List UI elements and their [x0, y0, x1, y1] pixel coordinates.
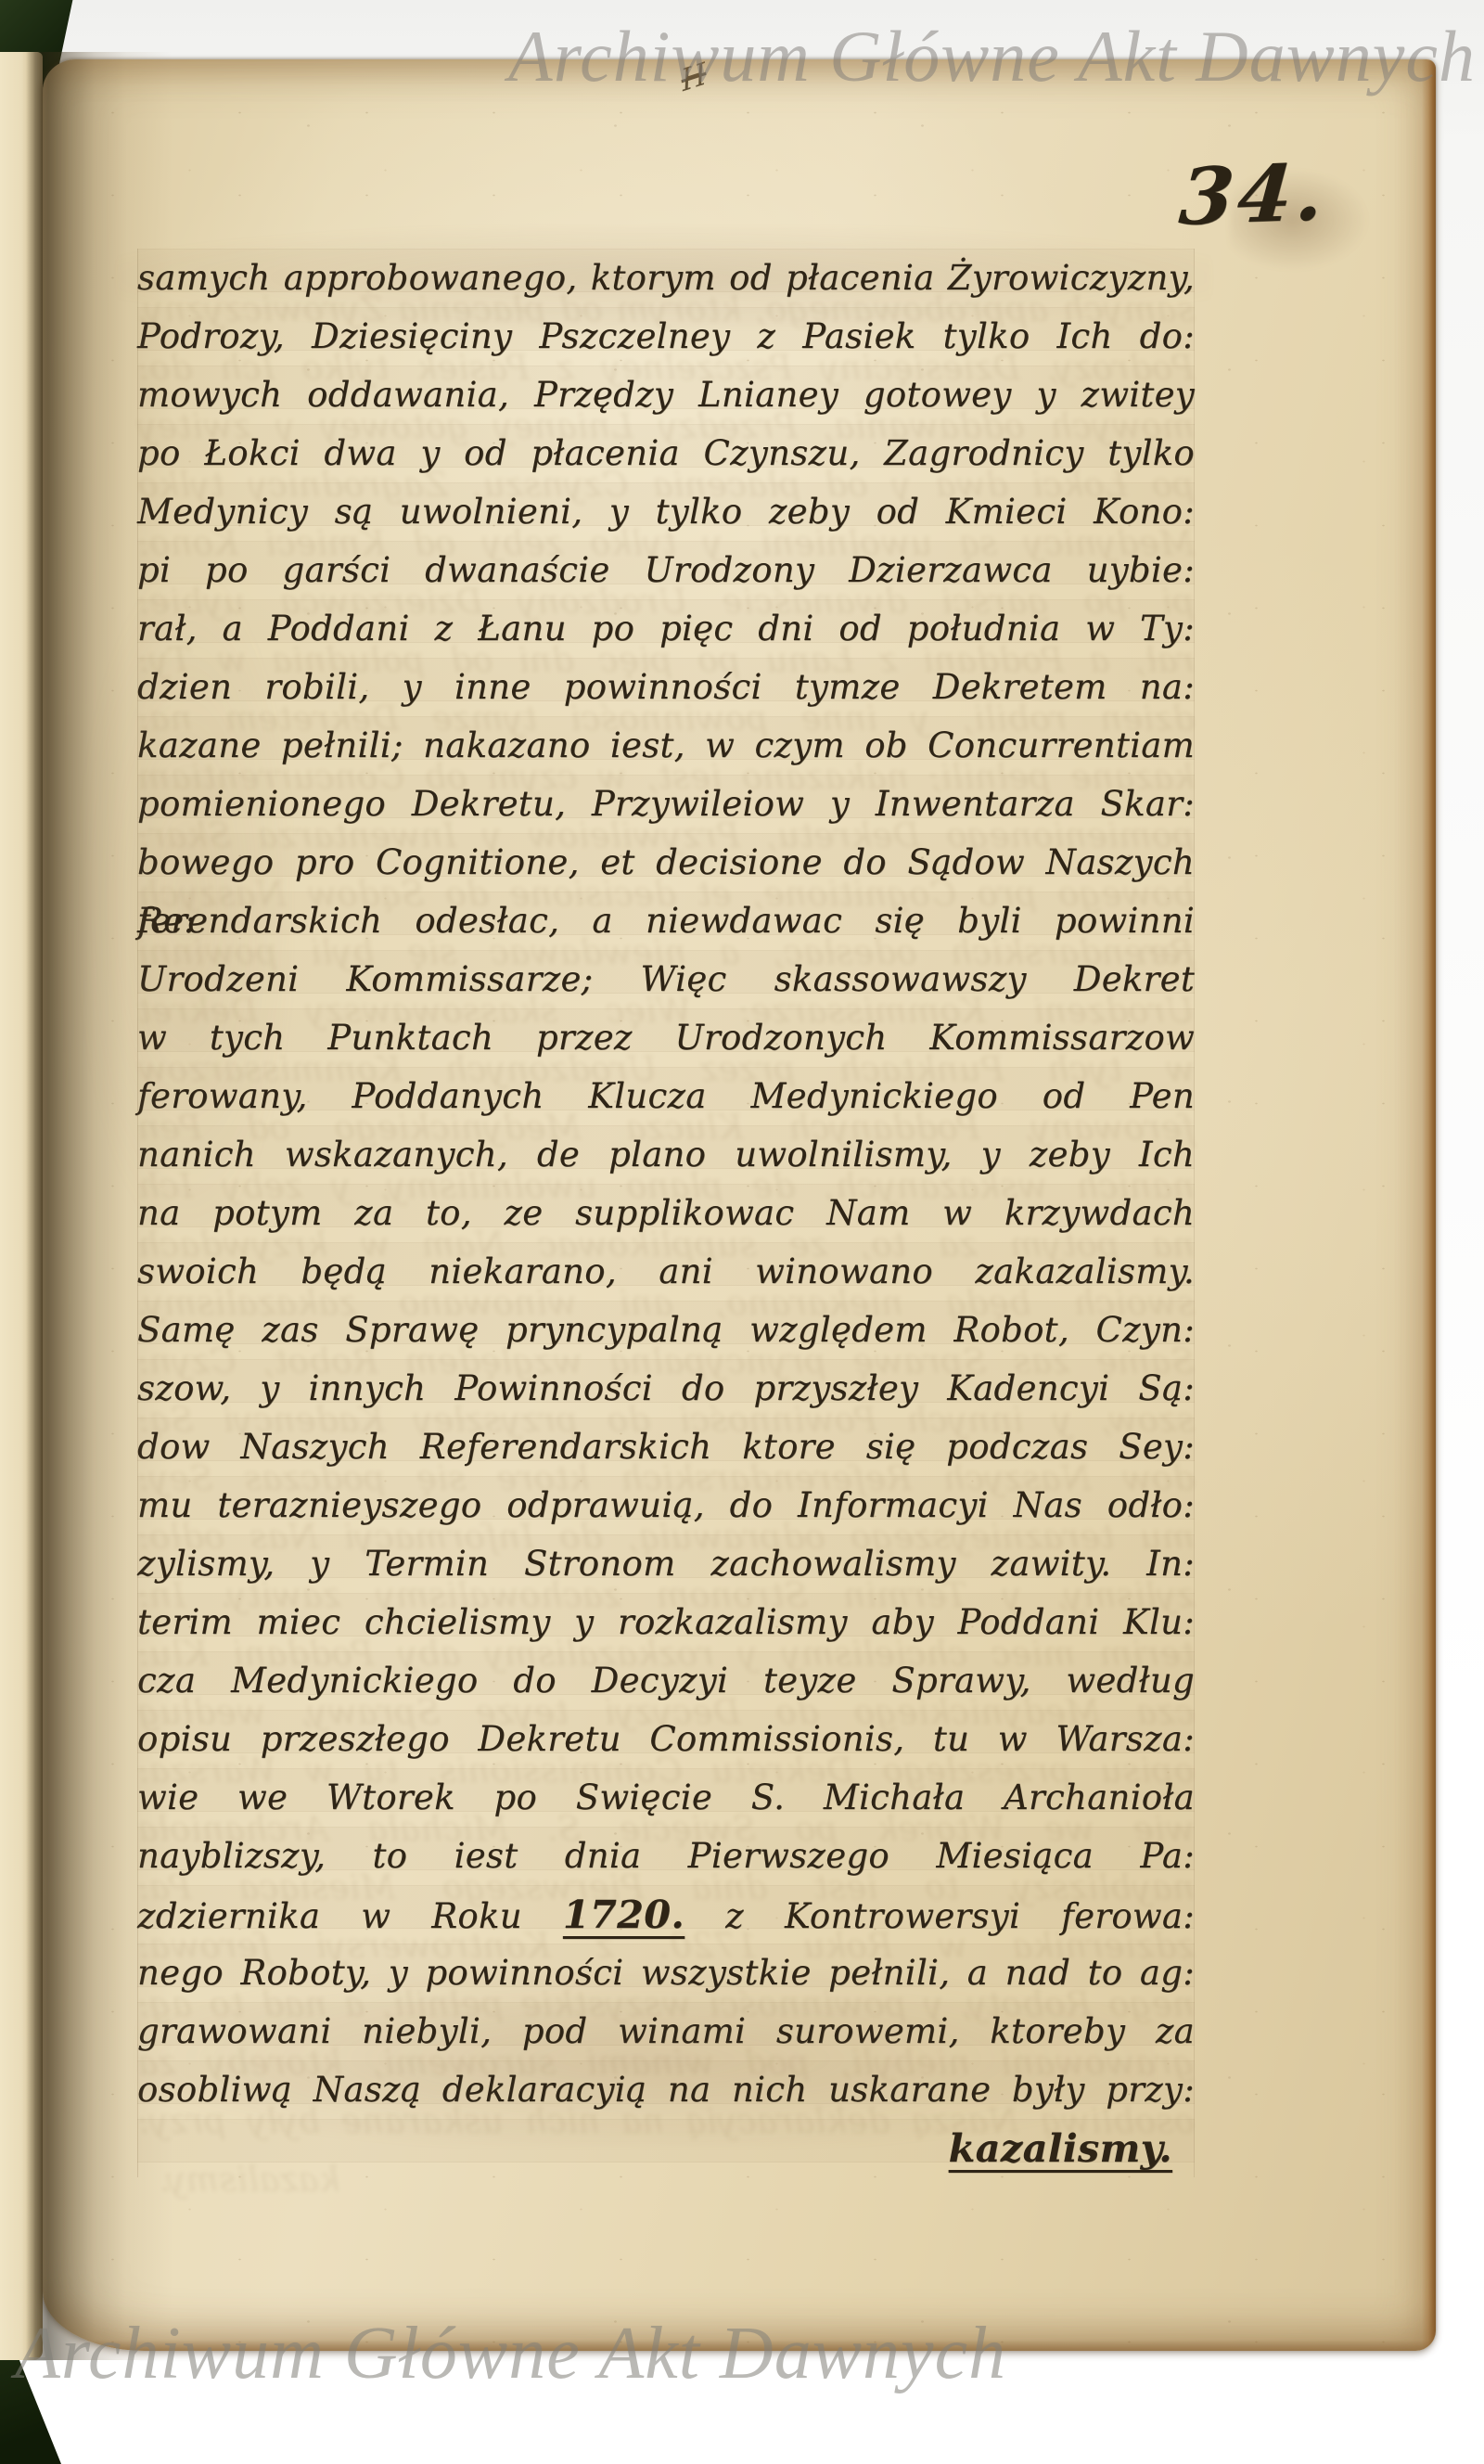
page-bottom-edge — [43, 2340, 1436, 2351]
manuscript-line: mu teraznieyszego odprawuią, do Informac… — [137, 1476, 1195, 1534]
folio-mark: H — [679, 59, 709, 98]
manuscript-line: nanich wskazanych, de plano uwolnilismy,… — [137, 1125, 1195, 1184]
manuscript-line: swoich będą niekarano, ani winowano zaka… — [137, 1242, 1195, 1301]
manuscript-line: osobliwą Naszą deklaracyią na nich uskar… — [137, 2060, 1195, 2119]
manuscript-line: pomienionego Dekretu, Przywileiow y Inwe… — [137, 775, 1195, 833]
underlined-text: 1720. — [563, 1892, 684, 1937]
facing-page-edge — [0, 52, 43, 2360]
manuscript-line: nego Roboty, y powinności wszystkie pełn… — [137, 1944, 1195, 2002]
manuscript-line: nayblizszy, to iest dnia Pierwszego Mies… — [137, 1827, 1195, 1885]
page-number: 34. — [1176, 146, 1330, 242]
manuscript-line: Samę zas Sprawę pryncypalną względem Rob… — [137, 1301, 1195, 1359]
manuscript-line: rał, a Poddani z Łanu po pięc dni od poł… — [137, 599, 1195, 658]
book-cover-corner-bottom-left — [0, 2355, 61, 2464]
manuscript-line: zylismy, y Termin Stronom zachowalismy z… — [137, 1534, 1195, 1593]
manuscript-line: Urodzeni Kommissarze; Więc skassowawszy … — [137, 950, 1195, 1008]
manuscript-line: terim miec chcielismy y rozkazalismy aby… — [137, 1593, 1195, 1651]
manuscript-line: na potym za to, ze supplikowac Nam w krz… — [137, 1184, 1195, 1242]
manuscript-line: w tych Punktach przez Urodzonych Kommiss… — [137, 1008, 1195, 1067]
manuscript-line: kazane pełnili; nakazano iest, w czym ob… — [137, 716, 1195, 775]
page-right-edge — [1422, 59, 1436, 2351]
manuscript-line: dzien robili, y inne powinności tymze De… — [137, 658, 1195, 716]
manuscript-line: cza Medynickiego do Decyzyi teyze Sprawy… — [137, 1651, 1195, 1710]
manuscript-line: samych approbowanego, ktorym od płacenia… — [137, 249, 1195, 307]
scanned-manuscript-page: samych approbowanego, ktorym od płacenia… — [0, 0, 1484, 2464]
manuscript-line: Podrozy, Dziesięciny Pszczelney z Pasiek… — [137, 307, 1195, 366]
manuscript-line: szow, y innych Powinności do przyszłey K… — [137, 1359, 1195, 1418]
manuscript-line: wie we Wtorek po Swięcie S. Michała Arch… — [137, 1768, 1195, 1827]
manuscript-line: opisu przeszłego Dekretu Commissionis, t… — [137, 1710, 1195, 1768]
manuscript-line: dow Naszych Referendarskich ktore się po… — [137, 1418, 1195, 1476]
underlined-text: kazalismy. — [949, 2125, 1172, 2171]
manuscript-line: Medynicy są uwolnieni, y tylko zeby od K… — [137, 482, 1195, 541]
manuscript-line: pi po garści dwanaście Urodzony Dzierzaw… — [137, 541, 1195, 599]
manuscript-line: zdziernika w Roku 1720. z Kontrowersyi f… — [137, 1885, 1195, 1944]
manuscript-line: ferowany, Poddanych Klucza Medynickiego … — [137, 1067, 1195, 1125]
manuscript-line: grawowani niebyli, pod winami surowemi, … — [137, 2002, 1195, 2060]
manuscript-line: kazalismy. — [137, 2119, 1195, 2177]
manuscript-text: samych approbowanego, ktorym od płacenia… — [137, 249, 1195, 2177]
manuscript-line: bowego pro Cognitione, et decisione do S… — [137, 833, 1195, 892]
manuscript-line: mowych oddawania, Przędzy Lnianey gotowe… — [137, 366, 1195, 424]
manuscript-line: po Łokci dwa y od płacenia Czynszu, Zagr… — [137, 424, 1195, 482]
manuscript-line: ferendarskich odesłac, a niewdawac się b… — [137, 892, 1195, 950]
manuscript-page: samych approbowanego, ktorym od płacenia… — [43, 59, 1436, 2351]
